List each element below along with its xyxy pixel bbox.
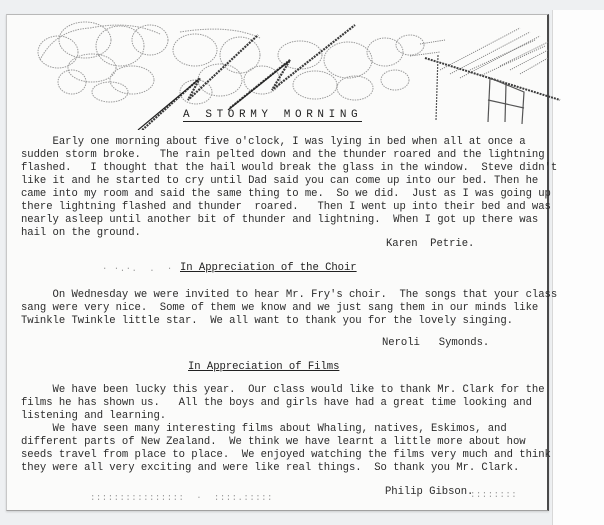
article-line: Early one morning about five o'clock, I … — [21, 136, 526, 149]
faint-dots: :::::::::::::::: · ::::.::::: — [90, 492, 273, 505]
article-title-choir: In Appreciation of the Choir — [180, 262, 357, 275]
article-line: like it and he started to cry until Dad … — [21, 175, 538, 188]
faint-dots: · ·.·. . · — [102, 263, 179, 276]
faint-dots: :::::::: — [470, 489, 517, 502]
article-line: there lightning flashed and thunder roar… — [21, 201, 551, 214]
article-line: nearly asleep until another bit of thund… — [21, 214, 538, 227]
article-line: flashed. I thought that the hail would b… — [21, 162, 557, 175]
article-line: Twinkle Twinkle little star. We all want… — [21, 315, 513, 328]
article-line: different parts of New Zealand. We think… — [21, 436, 526, 449]
article-title-stormy-morning: A STORMY MORNING — [183, 109, 362, 122]
article-line: listening and learning. — [21, 410, 166, 423]
article-line: came into my room and said the same thin… — [21, 188, 551, 201]
article-line: they were all very exciting and were lik… — [21, 462, 519, 475]
author-signature: Neroli Symonds. — [382, 337, 489, 350]
article-line: sang were very nice. Some of them we kno… — [21, 302, 538, 315]
article-line: We have seen many interesting films abou… — [21, 423, 507, 436]
article-title-films: In Appreciation of Films — [188, 361, 339, 374]
article-line: On Wednesday we were invited to hear Mr.… — [21, 289, 557, 302]
article-line: seeds travel from place to place. We enj… — [21, 449, 551, 462]
article-line: sudden storm broke. The rain pelted down… — [21, 149, 545, 162]
author-signature: Karen Petrie. — [386, 238, 474, 251]
article-line: hail on the ground. — [21, 227, 141, 240]
article-line: films he has shown us. All the boys and … — [21, 397, 532, 410]
author-signature: Philip Gibson. — [385, 486, 473, 499]
article-line: We have been lucky this year. Our class … — [21, 384, 545, 397]
